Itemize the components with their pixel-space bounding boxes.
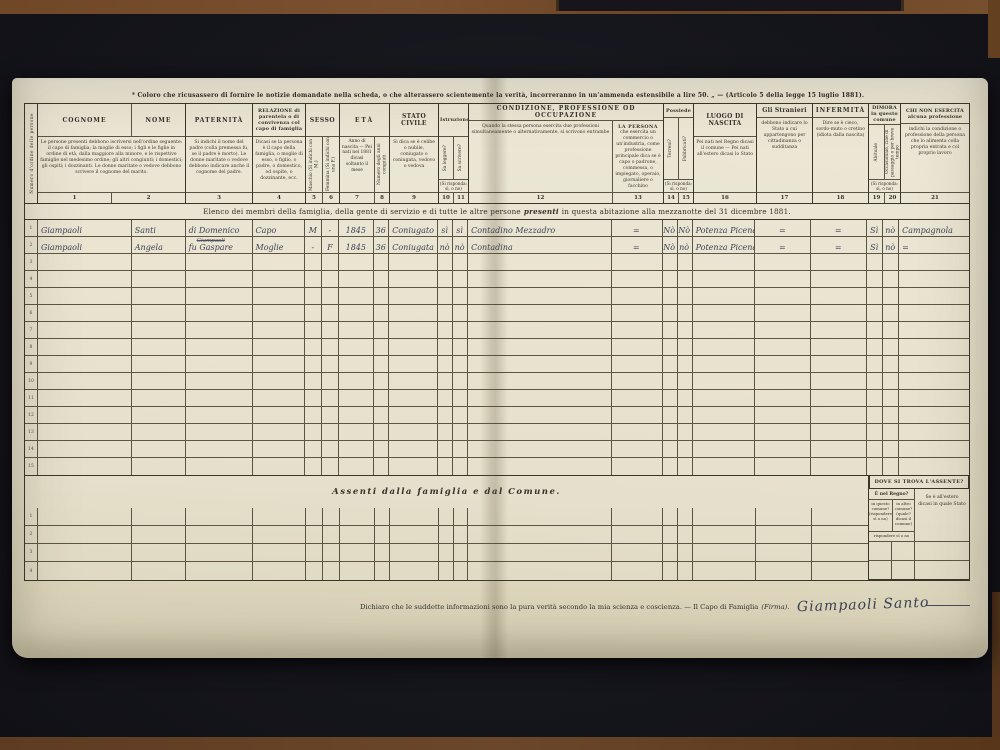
cell <box>612 254 663 270</box>
cell <box>678 424 693 440</box>
cell <box>811 322 867 338</box>
cell <box>693 322 756 338</box>
column-group-dimora: DIMORA in questo comune Abituale Occasio… <box>869 104 901 203</box>
column-desc-la-persona: LA PERSONAche esercita un commercio o un… <box>613 121 663 192</box>
cell <box>899 407 969 423</box>
assenti-left: Assenti dalla famiglia e dal Comune. 1 2… <box>25 476 869 580</box>
sa-leggere-label: Sa leggere? <box>443 145 448 171</box>
cell <box>132 424 186 440</box>
column-label-eta: ETÀ <box>340 104 389 136</box>
cell <box>186 424 253 440</box>
column-label-relazione: RELAZIONE di parentela o di convivenza c… <box>253 104 305 136</box>
cell <box>306 544 323 561</box>
cell <box>253 288 306 304</box>
cognome-value: Giampaoli <box>38 237 132 253</box>
cell <box>453 322 468 338</box>
cell <box>693 271 756 287</box>
cell <box>678 458 693 475</box>
cell <box>374 390 389 406</box>
cell <box>253 322 306 338</box>
cell <box>389 339 438 355</box>
cell <box>186 508 253 525</box>
cell <box>132 288 186 304</box>
cell <box>389 271 438 287</box>
census-form: Numero d'ordine delle persone COGNOME NO… <box>24 103 970 581</box>
cell <box>323 544 340 561</box>
cell <box>468 271 612 287</box>
chi-non-esercita-value: = <box>899 237 969 253</box>
cell <box>339 424 374 440</box>
cell <box>339 390 374 406</box>
column-number-14: 14 <box>664 193 679 203</box>
cell <box>663 322 678 338</box>
cell <box>186 562 253 580</box>
cell <box>811 390 867 406</box>
cell <box>899 288 969 304</box>
column-desc-chi-non-esercita: indichi la condizione o professione dell… <box>901 124 969 192</box>
column-number-20: 20 <box>885 195 900 201</box>
cell <box>132 271 186 287</box>
table-row-giampaoli-angela: 2GiampaoliAngelaGiampaolifu GaspareMogli… <box>25 237 969 254</box>
assente-box-row <box>869 561 969 579</box>
anni-value: 36 <box>374 220 389 236</box>
column-desc-stranieri: debbono indicare lo Stato a cui apparten… <box>757 118 812 192</box>
terreni-label: Terreni? <box>668 139 673 158</box>
relazione-value: Capo <box>253 220 306 236</box>
cell <box>374 271 389 287</box>
cell <box>439 508 454 525</box>
column-label-stranieri: Gli Stranieri <box>757 104 812 117</box>
cell <box>253 424 306 440</box>
cell <box>454 562 469 580</box>
cell <box>468 424 612 440</box>
table-row: 13 <box>25 424 969 441</box>
cell <box>612 373 663 389</box>
cell <box>693 356 756 372</box>
dove-si-trova-assente-box: DOVE SI TROVA L'ASSENTE? È nel Regno? in… <box>869 476 969 580</box>
assenti-row: 4 <box>25 562 868 580</box>
cell <box>811 458 867 475</box>
signature-line <box>926 605 970 606</box>
cell <box>374 305 389 321</box>
cell <box>755 322 811 338</box>
dimora-abituale-value: Sì <box>867 237 883 253</box>
column-label-stato-civile: STATO CIVILE <box>390 104 438 136</box>
cell <box>468 254 612 270</box>
column-number-8: 8 <box>375 195 389 201</box>
cell <box>755 441 811 457</box>
cell <box>678 526 693 543</box>
row-number: 14 <box>25 441 38 457</box>
cell <box>453 339 468 355</box>
cell <box>253 508 306 525</box>
column-desc-sa-scrivere: Sa scrivere? <box>454 137 468 179</box>
cell <box>678 305 693 321</box>
cell <box>132 508 186 525</box>
column-desc-anni-compiuti: Numero degli anni compiuti <box>375 137 389 192</box>
cell <box>678 271 693 287</box>
column-number-3: 3 <box>186 195 252 201</box>
table-row: 7 <box>25 322 969 339</box>
cell <box>811 271 867 287</box>
cell <box>663 288 678 304</box>
assenti-row: 3 <box>25 544 868 562</box>
cell <box>374 441 389 457</box>
elenco-text-1: Elenco dei membri della famiglia, della … <box>203 207 521 216</box>
cell <box>38 271 132 287</box>
table-row: 11 <box>25 390 969 407</box>
cell <box>305 271 322 287</box>
cell <box>867 373 883 389</box>
cell <box>374 339 389 355</box>
cell <box>867 441 883 457</box>
cell <box>132 305 186 321</box>
cell <box>693 562 756 580</box>
declaration-text: Dichiaro che le suddette informazioni so… <box>360 603 758 611</box>
cell <box>883 424 899 440</box>
occasionale-label: Occasionale, cioè di passaggio o per bre… <box>885 125 900 179</box>
cell <box>612 458 663 475</box>
dimora-abituale-value: Sì <box>867 220 883 236</box>
cell <box>186 544 253 561</box>
column-desc-infermita: Dire se è cieco, sordo-muto o cretino (i… <box>813 118 868 192</box>
cell <box>132 322 186 338</box>
cell <box>678 390 693 406</box>
cell <box>755 339 811 355</box>
cell <box>663 271 678 287</box>
header-labels: COGNOME NOME <box>38 104 185 137</box>
cell <box>453 441 468 457</box>
assenti-section: Assenti dalla famiglia e dal Comune. 1 2… <box>25 475 969 580</box>
cell <box>755 407 811 423</box>
relazione-value: Moglie <box>253 237 306 253</box>
table-body: 1GiampaoliSantidi DomenicoCapoM-184536Co… <box>25 220 969 475</box>
cell <box>390 508 439 525</box>
cell <box>612 390 663 406</box>
cell <box>453 271 468 287</box>
cell <box>305 407 322 423</box>
cell <box>438 373 453 389</box>
cell <box>389 254 438 270</box>
cell <box>438 322 453 338</box>
cell <box>899 271 969 287</box>
cell <box>38 254 132 270</box>
stato-civile-value: Coniugata <box>389 237 438 253</box>
cell <box>812 508 868 525</box>
la-persona-value: = <box>612 237 663 253</box>
cell <box>305 458 322 475</box>
cell <box>38 458 132 475</box>
cell <box>453 373 468 389</box>
cell <box>438 305 453 321</box>
cell <box>755 271 811 287</box>
cell <box>755 373 811 389</box>
column-desc-sa-leggere: Sa leggere? <box>439 137 454 179</box>
cell <box>693 305 756 321</box>
condizione-value: Contadina <box>468 237 612 253</box>
column-label-paternita: PATERNITÀ <box>186 104 252 136</box>
cell <box>867 458 883 475</box>
anni-compiuti-label: Numero degli anni compiuti <box>377 137 388 192</box>
paternita-text: fu Gaspare <box>189 244 233 252</box>
assenti-row: 1 <box>25 508 868 526</box>
cell <box>612 508 663 525</box>
cell <box>339 373 374 389</box>
table-wood-right <box>988 0 1000 58</box>
cell <box>186 254 253 270</box>
table-row: 12 <box>25 407 969 424</box>
cell <box>612 271 663 287</box>
column-group-sesso: SESSO Maschio (Si indichi con M.) Femmin… <box>306 104 340 203</box>
cell <box>339 407 374 423</box>
cell <box>340 544 375 561</box>
column-desc-condizione: Quando la stessa persona esercita due pr… <box>469 121 613 192</box>
cell <box>899 305 969 321</box>
census-sheet-paper: * Coloro che ricusassero di fornire le n… <box>12 78 988 658</box>
cell <box>132 339 186 355</box>
cell <box>38 441 132 457</box>
cell <box>811 441 867 457</box>
cell <box>468 562 612 580</box>
cell <box>678 322 693 338</box>
cell <box>322 407 339 423</box>
table-row: 6 <box>25 305 969 322</box>
column-desc-relazione: Dicasi se la persona è il capo della fam… <box>253 137 305 192</box>
cell <box>375 544 390 561</box>
estero-column-label: Se è all'estero dicasi in quale Stato <box>915 489 969 541</box>
fabbricati-value: nò <box>678 237 693 253</box>
stato-civile-value: Coniugato <box>389 220 438 236</box>
column-label-dimora: DIMORA in questo comune <box>869 104 900 124</box>
cell <box>867 288 883 304</box>
cell <box>693 407 756 423</box>
cell <box>322 424 339 440</box>
table-row: 14 <box>25 441 969 458</box>
cell <box>132 356 186 372</box>
declaration-line: Dichiaro che le suddette informazioni so… <box>360 597 970 613</box>
cell <box>468 441 612 457</box>
row-number: 1 <box>25 508 38 525</box>
table-wood-bottom <box>0 737 1000 750</box>
cell <box>453 356 468 372</box>
cell <box>915 561 969 579</box>
cell <box>374 322 389 338</box>
cell <box>883 305 899 321</box>
cell <box>438 271 453 287</box>
column-group-relazione: RELAZIONE di parentela o di convivenza c… <box>253 104 306 203</box>
cell <box>186 356 253 372</box>
regno-column: È nel Regno? in questo comune? (risponde… <box>869 489 915 541</box>
column-group-istruzione: Istruzione Sa leggere? Sa scrivere? (Si … <box>439 104 469 203</box>
cell <box>339 458 374 475</box>
cell <box>375 526 390 543</box>
cell <box>453 305 468 321</box>
cell <box>678 544 693 561</box>
cell <box>38 544 132 561</box>
cell <box>339 288 374 304</box>
column-group-paternita: PATERNITÀ Si indichi il nome del padre (… <box>186 104 253 203</box>
cell <box>693 288 756 304</box>
cell <box>132 544 186 561</box>
column-group-infermita: INFERMITÀ Dire se è cieco, sordo-muto o … <box>813 104 869 203</box>
cell <box>38 390 132 406</box>
istruzione-nota: (Si risponda: sì, o no) <box>439 179 468 192</box>
cell <box>389 441 438 457</box>
cell <box>915 542 969 560</box>
cell <box>186 441 253 457</box>
column-number-2: 2 <box>112 195 185 201</box>
cell <box>693 254 756 270</box>
penalty-note: * Coloro che ricusassero di fornire le n… <box>24 92 972 99</box>
cell <box>468 373 612 389</box>
cell <box>811 339 867 355</box>
cell <box>756 562 812 580</box>
cell <box>132 526 186 543</box>
cell <box>468 526 612 543</box>
cell <box>867 390 883 406</box>
cell <box>612 288 663 304</box>
table-row: 10 <box>25 373 969 390</box>
column-group-eta: ETÀ Anno di nascita — Pei nati nel 1881 … <box>340 104 390 203</box>
cell <box>438 356 453 372</box>
dark-object <box>556 0 904 11</box>
cell <box>438 390 453 406</box>
cell <box>439 562 454 580</box>
cell <box>811 254 867 270</box>
nome-value: Angela <box>132 237 186 253</box>
cell <box>438 458 453 475</box>
cell <box>339 441 374 457</box>
cell <box>38 373 132 389</box>
assente-box-title: DOVE SI TROVA L'ASSENTE? <box>869 476 969 489</box>
cell <box>612 526 663 543</box>
cell <box>305 424 322 440</box>
cell <box>305 339 322 355</box>
dimora-nota: (Si risponda: sì, o no) <box>869 179 900 192</box>
cell <box>867 424 883 440</box>
cell <box>453 288 468 304</box>
census-form-area: * Coloro che ricusassero di fornire le n… <box>24 92 972 613</box>
cell <box>693 441 756 457</box>
cell <box>375 508 390 525</box>
paternita-value: Giampaolifu Gaspare <box>186 237 253 253</box>
column-label-nome: NOME <box>132 104 185 136</box>
cell <box>812 526 868 543</box>
cell <box>663 526 678 543</box>
column-label-luogo-nascita: LUOGO DI NASCITA <box>694 104 756 136</box>
column-number-13: 13 <box>613 195 663 201</box>
table-row: 8 <box>25 339 969 356</box>
cell <box>390 562 439 580</box>
cell <box>132 254 186 270</box>
cell <box>38 407 132 423</box>
column-desc-femmina: Femmina (Si indichi con una F.) <box>323 137 339 192</box>
cell <box>389 322 438 338</box>
cell <box>663 508 678 525</box>
column-group-stato-civile: STATO CIVILE Si dica se è celibe o nubil… <box>390 104 439 203</box>
cell <box>454 526 469 543</box>
stranieri-value: = <box>755 220 811 236</box>
terreni-value: Nò <box>663 237 678 253</box>
cell <box>132 441 186 457</box>
cell <box>132 407 186 423</box>
cell <box>899 373 969 389</box>
cell <box>612 322 663 338</box>
cell <box>322 441 339 457</box>
cell <box>374 424 389 440</box>
cell <box>322 339 339 355</box>
cell <box>186 288 253 304</box>
column-label-chi-non-esercita: CHI NON ESERCITA alcuna professione <box>901 104 969 123</box>
cell <box>755 356 811 372</box>
cell <box>663 458 678 475</box>
column-number-6: 6 <box>323 195 339 201</box>
cell <box>322 390 339 406</box>
cell <box>693 544 756 561</box>
cell <box>867 356 883 372</box>
cell <box>305 305 322 321</box>
assente-box-row <box>869 542 969 561</box>
cell <box>812 544 868 561</box>
cell <box>663 254 678 270</box>
cell <box>340 526 375 543</box>
fabbricati-value: Nò <box>678 220 693 236</box>
regno-label: È nel Regno? <box>869 489 914 500</box>
sesso-f-value: F <box>322 237 339 253</box>
cell <box>612 407 663 423</box>
cell <box>253 441 306 457</box>
regno-question-1: in questo comune? (rispondere sì o no) <box>869 500 893 531</box>
cell <box>612 356 663 372</box>
cell <box>468 356 612 372</box>
cell <box>883 271 899 287</box>
cell <box>323 526 340 543</box>
cell <box>756 544 812 561</box>
cell <box>883 322 899 338</box>
cell <box>38 356 132 372</box>
cell <box>186 373 253 389</box>
cell <box>38 562 132 580</box>
column-group-numero-ordine: Numero d'ordine delle persone <box>25 104 38 203</box>
column-number-17: 17 <box>757 195 812 201</box>
cell <box>663 562 678 580</box>
column-number-12: 12 <box>469 193 613 203</box>
cell <box>439 526 454 543</box>
column-label-infermita: INFERMITÀ <box>813 104 868 117</box>
femmina-label: Femmina (Si indichi con una F.) <box>326 137 337 192</box>
cell <box>811 356 867 372</box>
cell <box>389 458 438 475</box>
terreni-value: Nò <box>663 220 678 236</box>
cell <box>899 424 969 440</box>
cell <box>253 305 306 321</box>
cell <box>186 458 253 475</box>
cell <box>389 356 438 372</box>
stranieri-value: = <box>755 237 811 253</box>
cell <box>186 271 253 287</box>
regno-nota: rispondere sì o no <box>869 531 914 541</box>
cell <box>811 407 867 423</box>
cell <box>755 424 811 440</box>
row-number: 10 <box>25 373 38 389</box>
column-group-stranieri: Gli Stranieri debbono indicare lo Stato … <box>757 104 813 203</box>
cell <box>305 390 322 406</box>
row-number: 7 <box>25 322 38 338</box>
cell <box>612 562 663 580</box>
column-desc-paternita: Si indichi il nome del padre (colla prem… <box>186 137 252 192</box>
cell <box>389 305 438 321</box>
column-number-9: 9 <box>390 195 438 201</box>
